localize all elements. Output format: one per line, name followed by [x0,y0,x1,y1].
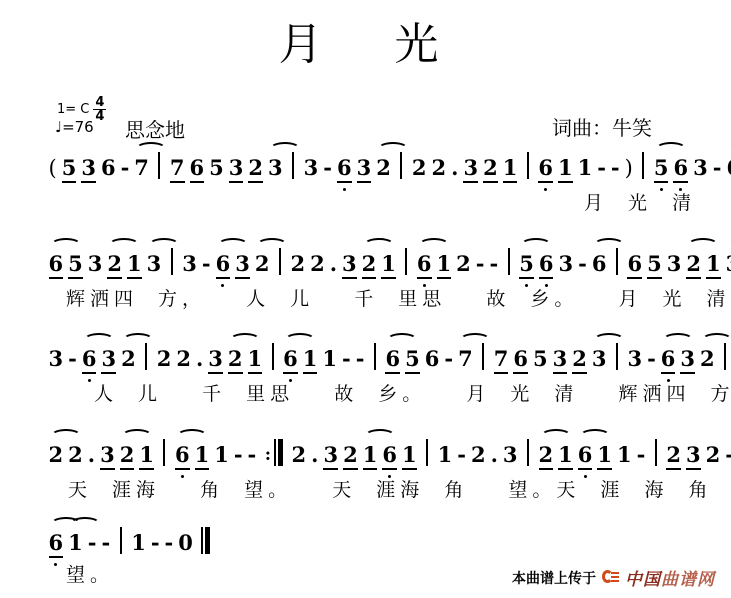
time-signature: 4 4 [93,96,106,123]
music-token [527,152,529,179]
expression-marking: 思念地 [125,114,185,143]
qupu-logo-icon [602,569,619,586]
music-token: 3 [558,251,573,277]
music-token [482,343,484,370]
footer: 本曲谱上传于 中国曲谱网 [512,565,715,590]
music-token: 2 [686,251,701,279]
music-token: 2 [471,442,486,468]
music-token: . [88,442,95,468]
music-token: 1 [127,251,142,279]
music-token: 1 [195,442,210,470]
music-token: 2 [456,251,471,277]
music-token: 3 [680,346,695,374]
song-title: 月 光 [0,8,731,72]
site-brand: 中国曲谱网 [625,565,715,590]
music-token: 5 [62,155,77,183]
music-token: 2 [666,442,681,470]
music-token: 5 [533,346,548,372]
music-token: 3 [323,442,338,470]
music-token: 6 [216,251,231,279]
music-token: . [311,442,318,468]
music-token: 6 [190,155,205,183]
music-token: 3 [342,251,357,279]
music-token: 1 [706,251,721,279]
music-token: 5 [519,251,534,279]
music-token: - [342,346,351,372]
music-token: 3 [627,346,642,372]
music-token: 5 [647,251,662,279]
music-token: 3 [100,442,115,470]
music-token: 7 [170,155,185,183]
music-token: 7 [458,346,473,372]
music-token: 1 [363,442,378,470]
music-token [163,439,165,466]
music-token: . [330,251,337,277]
music-token: ) [625,156,633,181]
music-token: 2 [376,155,391,181]
music-token: 3 [667,251,682,277]
music-token: 2 [120,442,135,470]
music-token: 1 [558,155,573,183]
music-token [374,343,376,370]
music-token: 3 [88,251,103,277]
music-token: 1 [402,442,417,470]
music-token: 3 [304,155,319,181]
music-token: 2 [343,442,358,470]
music-token: 2 [362,251,377,279]
music-token: - [68,346,77,372]
music-token: - [356,346,365,372]
music-token: 6 [661,346,676,374]
music-token: - [713,155,722,181]
music-token: 2 [68,442,83,468]
music-token: - [121,155,130,181]
music-token: 5 [654,155,669,183]
music-token: - [88,530,97,556]
music-token: - [637,442,646,468]
music-token: 6 [49,251,64,279]
music-token: - [444,346,453,372]
music-token: 1 [131,530,146,556]
music-token: 3 [229,155,244,183]
logo-line-shape [611,580,619,582]
music-token: 6 [592,251,607,277]
music-token: 2 [107,251,122,279]
music-token [400,152,402,179]
music-token: 0 [178,530,193,556]
music-token [201,527,210,558]
music-token: 3 [208,346,223,374]
time-signature-denominator: 4 [95,110,104,123]
music-token: 6 [538,155,553,183]
music-token: 1 [139,442,154,470]
music-token: - [234,442,243,468]
music-token: 1 [617,442,632,468]
music-token: 2 [700,346,715,372]
music-token: 2 [248,155,263,183]
music-token: - [490,251,499,277]
music-token [405,248,407,275]
music-token: 1 [578,155,593,181]
music-token: 1 [322,346,337,372]
music-token [724,343,726,370]
music-token: : [265,439,283,470]
music-token: 2 [157,346,172,372]
music-token: - [725,442,731,468]
music-token [642,152,644,179]
music-token: - [101,530,110,556]
music-token: - [248,442,257,468]
music-token: 3 [726,251,731,277]
upload-note: 本曲谱上传于 [512,568,596,588]
music-token: 6 [175,442,190,470]
music-token: . [491,442,498,468]
lyrics-line-5: 望。 [46,560,114,587]
music-token: - [611,155,620,181]
music-token: - [202,251,211,277]
music-token: 3 [553,346,568,374]
music-token: - [597,155,606,181]
music-token: 2 [572,346,587,374]
music-token [145,343,147,370]
music-token: - [323,155,332,181]
logo-line-shape [611,576,619,578]
music-token: 6 [283,346,298,374]
sheet-music-page: 月 光 1= C 4 4 ♩=76 思念地 词曲：牛笑 (536-7765323… [0,0,731,598]
composer-credit: 词曲：牛笑 [552,112,652,141]
music-token: 2 [310,251,325,277]
music-token: 6 [673,155,688,183]
music-token: 3 [693,155,708,181]
music-token: 1 [303,346,318,374]
music-token: 3 [147,251,162,277]
music-token: 6 [417,251,432,279]
music-token: 7 [494,346,509,374]
music-token: 6 [425,346,440,372]
music-token: 3 [235,251,250,279]
music-token: 3 [49,346,64,372]
music-token: 2 [121,346,136,372]
music-token: 3 [357,155,372,183]
music-token: 5 [68,251,83,279]
music-token: 5 [209,155,224,181]
music-token: 2 [228,346,243,374]
music-token: 1 [68,530,83,556]
music-token: 2 [255,251,270,277]
music-token: 3 [268,155,283,181]
music-token: 1 [558,442,573,470]
music-token: 6 [578,442,593,470]
lyrics-line-1: 月 光 清 [46,188,696,215]
music-token [171,248,173,275]
music-token: - [647,346,656,372]
music-token [508,248,510,275]
music-token: 2 [412,155,427,181]
music-token: 1 [381,251,396,279]
music-token: 1 [437,251,452,279]
music-token [616,343,618,370]
music-token [292,152,294,179]
music-token: 6 [539,251,554,279]
music-token: 2 [483,155,498,183]
music-token: 3 [182,251,197,277]
music-token: 6 [627,251,642,279]
music-token [120,527,122,554]
music-token: 1 [503,155,518,183]
lyrics-line-2: 辉洒四 方， 人 儿 千 里思 故 乡。 月 光 清 辉洒四 方， [46,284,731,311]
music-token: - [165,530,174,556]
music-token: 2 [176,346,191,372]
music-token: 2 [290,251,305,277]
music-token: 6 [382,442,397,470]
music-token: 3 [686,442,701,470]
tempo-marking: ♩=76 [55,118,94,136]
music-token: - [578,251,587,277]
music-token [158,152,160,179]
music-token [616,248,618,275]
site-brand-primary: 中国 [625,570,661,590]
music-token: 1 [597,442,612,470]
music-token: 2 [49,442,64,468]
time-signature-numerator: 4 [93,96,106,110]
music-token [279,248,281,275]
music-token: 6 [101,155,116,181]
music-token: 3 [463,155,478,183]
music-token: . [196,346,203,372]
music-token [272,343,274,370]
music-token: 3 [81,155,96,183]
music-token: 6 [513,346,528,374]
music-token: - [151,530,160,556]
key-label: 1= C [57,102,89,117]
music-token: - [457,442,466,468]
music-token: 1 [248,346,263,374]
music-token [527,439,529,466]
music-token: 3 [592,346,607,372]
music-token: 6 [49,530,64,558]
music-token: 6 [385,346,400,374]
music-token: 1 [214,442,229,468]
music-token: 2 [292,442,307,468]
music-token: 6 [726,155,731,181]
music-token [426,439,428,466]
music-token: - [476,251,485,277]
music-token: 7 [134,155,149,181]
music-token: 6 [337,155,352,183]
lyrics-line-4: 天 涯海 角 望。 天 涯海 角 望。天 涯 海 角 望。 天涯海 角 [46,475,731,502]
music-token: 2 [539,442,554,470]
site-brand-secondary: 曲谱网 [661,570,715,590]
music-token: 5 [405,346,420,374]
music-token: . [451,155,458,181]
music-token: ( [49,156,57,181]
music-token: 1 [438,442,453,468]
music-token: 2 [432,155,447,181]
logo-line-shape [611,572,619,574]
music-token: 3 [101,346,116,374]
music-token [655,439,657,466]
music-token: 6 [82,346,97,374]
music-token: 2 [706,442,721,468]
lyrics-line-3: 人 儿 千 里思 故 乡。 月 光 清 辉洒四 方， 思 念 [46,379,731,406]
music-token: 3 [503,442,518,468]
